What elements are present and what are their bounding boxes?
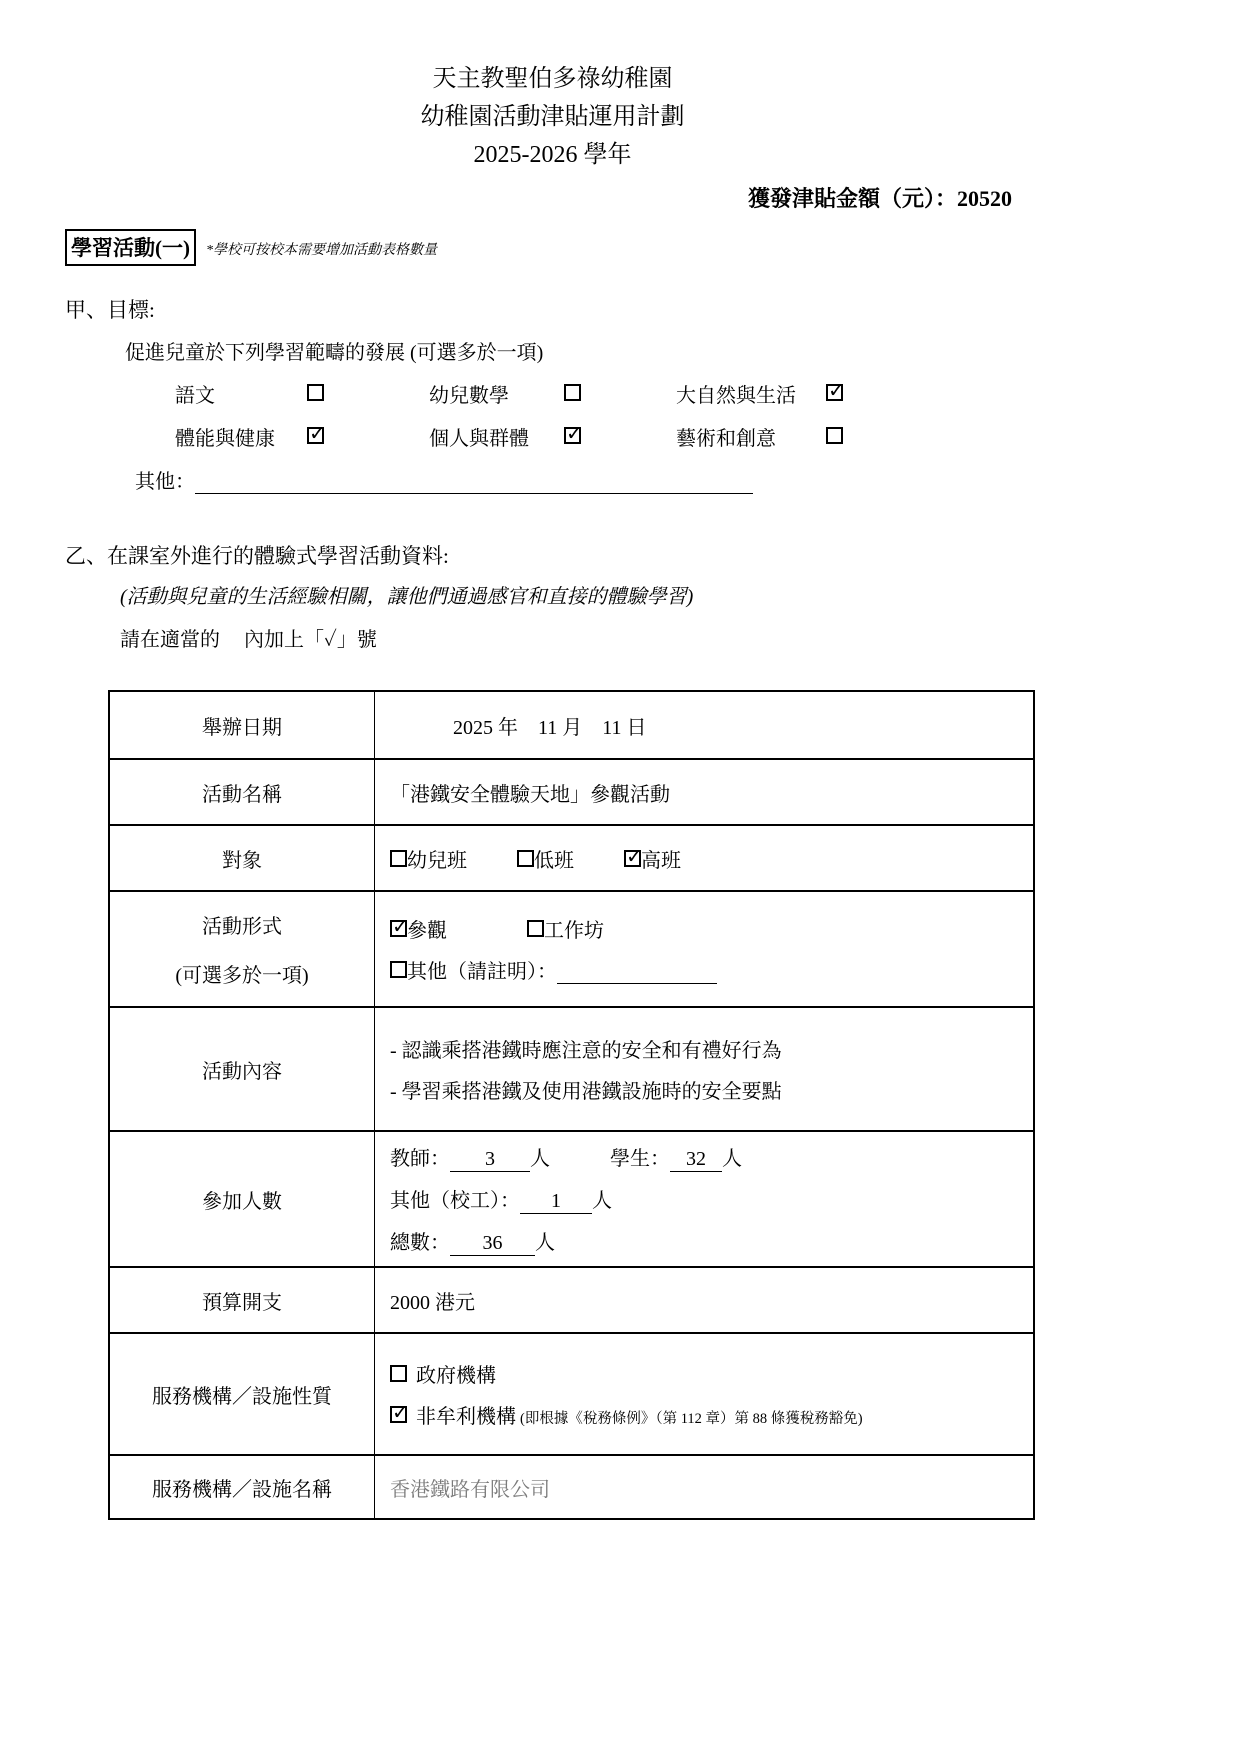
- school-name: 天主教聖伯多祿幼稚園: [65, 60, 1040, 98]
- part-b-note: (活動與兒童的生活經驗相關，讓他們通過感官和直接的體驗學習): [120, 580, 1040, 609]
- table-row-budget: 預算開支 2000 港元: [110, 1266, 1033, 1332]
- row-value-date: 2025 年 11 月 11 日: [375, 692, 1033, 758]
- label-nonprofit-org: 非牟利機構: [416, 1400, 516, 1429]
- row-value-content: - 認識乘搭港鐵時應注意的安全和有禮好行為 - 學習乘搭港鐵及使用港鐵設施時的安…: [375, 1008, 1033, 1130]
- activity-name-value[interactable]: 「港鐵安全體驗天地」參觀活動: [390, 778, 1023, 807]
- table-row-participants: 參加人數 教師：3人 學生：32人 其他（校工）：1人 總數：36人: [110, 1130, 1033, 1266]
- row-label-org-type: 服務機構／設施性質: [110, 1334, 375, 1454]
- checkbox-physical[interactable]: [307, 427, 324, 444]
- teacher-count-field[interactable]: 3: [450, 1148, 530, 1172]
- other-staff-label: 其他（校工）：: [390, 1190, 520, 1212]
- other-label: 其他：: [135, 471, 195, 493]
- teacher-label: 教師：: [390, 1148, 450, 1170]
- row-label-participants: 參加人數: [110, 1132, 375, 1266]
- option-label-math: 幼兒數學: [429, 379, 564, 408]
- row-label-activity-name: 活動名稱: [110, 760, 375, 824]
- activity-header: 學習活動(一) *學校可按校本需要增加活動表格數量: [65, 229, 1040, 266]
- org-name-value[interactable]: 香港鐵路有限公司: [390, 1473, 1023, 1502]
- checkbox-math[interactable]: [564, 384, 581, 401]
- row-label-date: 舉辦日期: [110, 692, 375, 758]
- table-row-content: 活動內容 - 認識乘搭港鐵時應注意的安全和有禮好行為 - 學習乘搭港鐵及使用港鐵…: [110, 1006, 1033, 1130]
- student-label: 學生：: [610, 1148, 670, 1170]
- format-label: 活動形式: [202, 910, 282, 939]
- option-label-arts: 藝術和創意: [676, 422, 826, 451]
- label-government-org: 政府機構: [416, 1359, 496, 1388]
- budget-value[interactable]: 2000 港元: [390, 1286, 1023, 1315]
- school-year: 2025-2026 學年: [65, 136, 1040, 174]
- part-b-heading: 乙、在課室外進行的體驗式學習活動資料:: [65, 540, 1040, 570]
- table-row-org-type: 服務機構／設施性質 政府機構 非牟利機構(即根據《稅務條例》（第 112 章）第…: [110, 1332, 1033, 1454]
- checkbox-lower-class[interactable]: [517, 850, 534, 867]
- checkbox-government-org[interactable]: [390, 1365, 407, 1382]
- part-a-other-line: 其他：: [135, 465, 1040, 494]
- total-count-field[interactable]: 36: [450, 1232, 535, 1256]
- part-b-instruction: 請在適當的內加上「✓」號: [120, 623, 1040, 652]
- label-workshop: 工作坊: [544, 914, 604, 943]
- subsidy-amount-line: 獲發津貼金額（元）：20520: [65, 182, 1040, 213]
- checkbox-arts[interactable]: [826, 427, 843, 444]
- option-label-nature: 大自然與生活: [676, 379, 826, 408]
- other-staff-unit: 人: [592, 1190, 612, 1212]
- date-value[interactable]: 2025 年 11 月 11 日: [453, 711, 1023, 740]
- learning-domain-row-2: 體能與健康 個人與群體 藝術和創意: [175, 422, 1040, 451]
- label-visit: 參觀: [407, 914, 447, 943]
- checkbox-language[interactable]: [307, 384, 324, 401]
- student-unit: 人: [722, 1148, 742, 1170]
- activity-title-box: 學習活動(一): [65, 229, 196, 266]
- checkbox-upper-class[interactable]: [624, 850, 641, 867]
- row-value-participants: 教師：3人 學生：32人 其他（校工）：1人 總數：36人: [375, 1132, 1033, 1266]
- table-row-org-name: 服務機構／設施名稱 香港鐵路有限公司: [110, 1454, 1033, 1518]
- total-unit: 人: [535, 1232, 555, 1254]
- activity-note: *學校可按校本需要增加活動表格數量: [206, 239, 437, 259]
- part-a-intro: 促進兒童於下列學習範疇的發展 (可選多於一項): [125, 336, 1040, 365]
- row-value-budget: 2000 港元: [375, 1268, 1033, 1332]
- teacher-unit: 人: [530, 1148, 550, 1170]
- row-label-format: 活動形式 (可選多於一項): [110, 892, 375, 1006]
- learning-domain-row-1: 語文 幼兒數學 大自然與生活: [175, 379, 1040, 408]
- table-row-activity-name: 活動名稱 「港鐵安全體驗天地」參觀活動: [110, 758, 1033, 824]
- row-value-org-name: 香港鐵路有限公司: [375, 1456, 1033, 1518]
- label-format-other: 其他（請註明）：: [407, 955, 557, 984]
- row-value-activity-name: 「港鐵安全體驗天地」參觀活動: [375, 760, 1033, 824]
- plan-title: 幼稚園活動津貼運用計劃: [65, 98, 1040, 136]
- row-label-org-name: 服務機構／設施名稱: [110, 1456, 375, 1518]
- row-value-org-type: 政府機構 非牟利機構(即根據《稅務條例》（第 112 章）第 88 條獲稅務豁免…: [375, 1334, 1033, 1454]
- title-block: 天主教聖伯多祿幼稚園 幼稚園活動津貼運用計劃 2025-2026 學年: [65, 0, 1040, 174]
- format-other-input-line[interactable]: [557, 964, 717, 984]
- label-nursery-class: 幼兒班: [407, 844, 467, 873]
- content-line-1: - 認識乘搭港鐵時應注意的安全和有禮好行為: [390, 1034, 1023, 1063]
- table-row-format: 活動形式 (可選多於一項) 參觀 工作坊 其他（請註明）：: [110, 890, 1033, 1006]
- checkbox-nursery-class[interactable]: [390, 850, 407, 867]
- checkbox-format-other[interactable]: [390, 961, 407, 978]
- checkbox-workshop[interactable]: [527, 920, 544, 937]
- checkbox-nonprofit-org[interactable]: [390, 1406, 407, 1423]
- table-row-date: 舉辦日期 2025 年 11 月 11 日: [110, 692, 1033, 758]
- row-value-format: 參觀 工作坊 其他（請註明）：: [375, 892, 1033, 1006]
- row-value-target: 幼兒班 低班 高班: [375, 826, 1033, 890]
- document-page: 天主教聖伯多祿幼稚園 幼稚園活動津貼運用計劃 2025-2026 學年 獲發津貼…: [0, 0, 1040, 1520]
- row-label-budget: 預算開支: [110, 1268, 375, 1332]
- checkbox-personal[interactable]: [564, 427, 581, 444]
- other-input-line[interactable]: [195, 472, 753, 494]
- activity-form-table: 舉辦日期 2025 年 11 月 11 日 活動名稱 「港鐵安全體驗天地」參觀活…: [108, 690, 1035, 1520]
- format-label-note: (可選多於一項): [175, 959, 308, 988]
- student-count-field[interactable]: 32: [670, 1148, 722, 1172]
- part-a-heading: 甲、目標:: [65, 294, 1040, 324]
- instruction-prefix: 請在適當的: [120, 629, 220, 651]
- total-label: 總數：: [390, 1232, 450, 1254]
- instruction-suffix: 內加上「✓」號: [244, 629, 377, 651]
- table-row-target: 對象 幼兒班 低班 高班: [110, 824, 1033, 890]
- option-label-physical: 體能與健康: [175, 422, 307, 451]
- label-upper-class: 高班: [641, 844, 681, 873]
- content-line-2: - 學習乘搭港鐵及使用港鐵設施時的安全要點: [390, 1075, 1023, 1104]
- row-label-target: 對象: [110, 826, 375, 890]
- other-staff-count-field[interactable]: 1: [520, 1190, 592, 1214]
- checkbox-nature[interactable]: [826, 384, 843, 401]
- nonprofit-org-note: (即根據《稅務條例》（第 112 章）第 88 條獲稅務豁免): [520, 1411, 863, 1427]
- checkbox-visit[interactable]: [390, 920, 407, 937]
- label-lower-class: 低班: [534, 844, 574, 873]
- option-label-personal: 個人與群體: [429, 422, 564, 451]
- row-label-content: 活動內容: [110, 1008, 375, 1130]
- option-label-language: 語文: [175, 379, 307, 408]
